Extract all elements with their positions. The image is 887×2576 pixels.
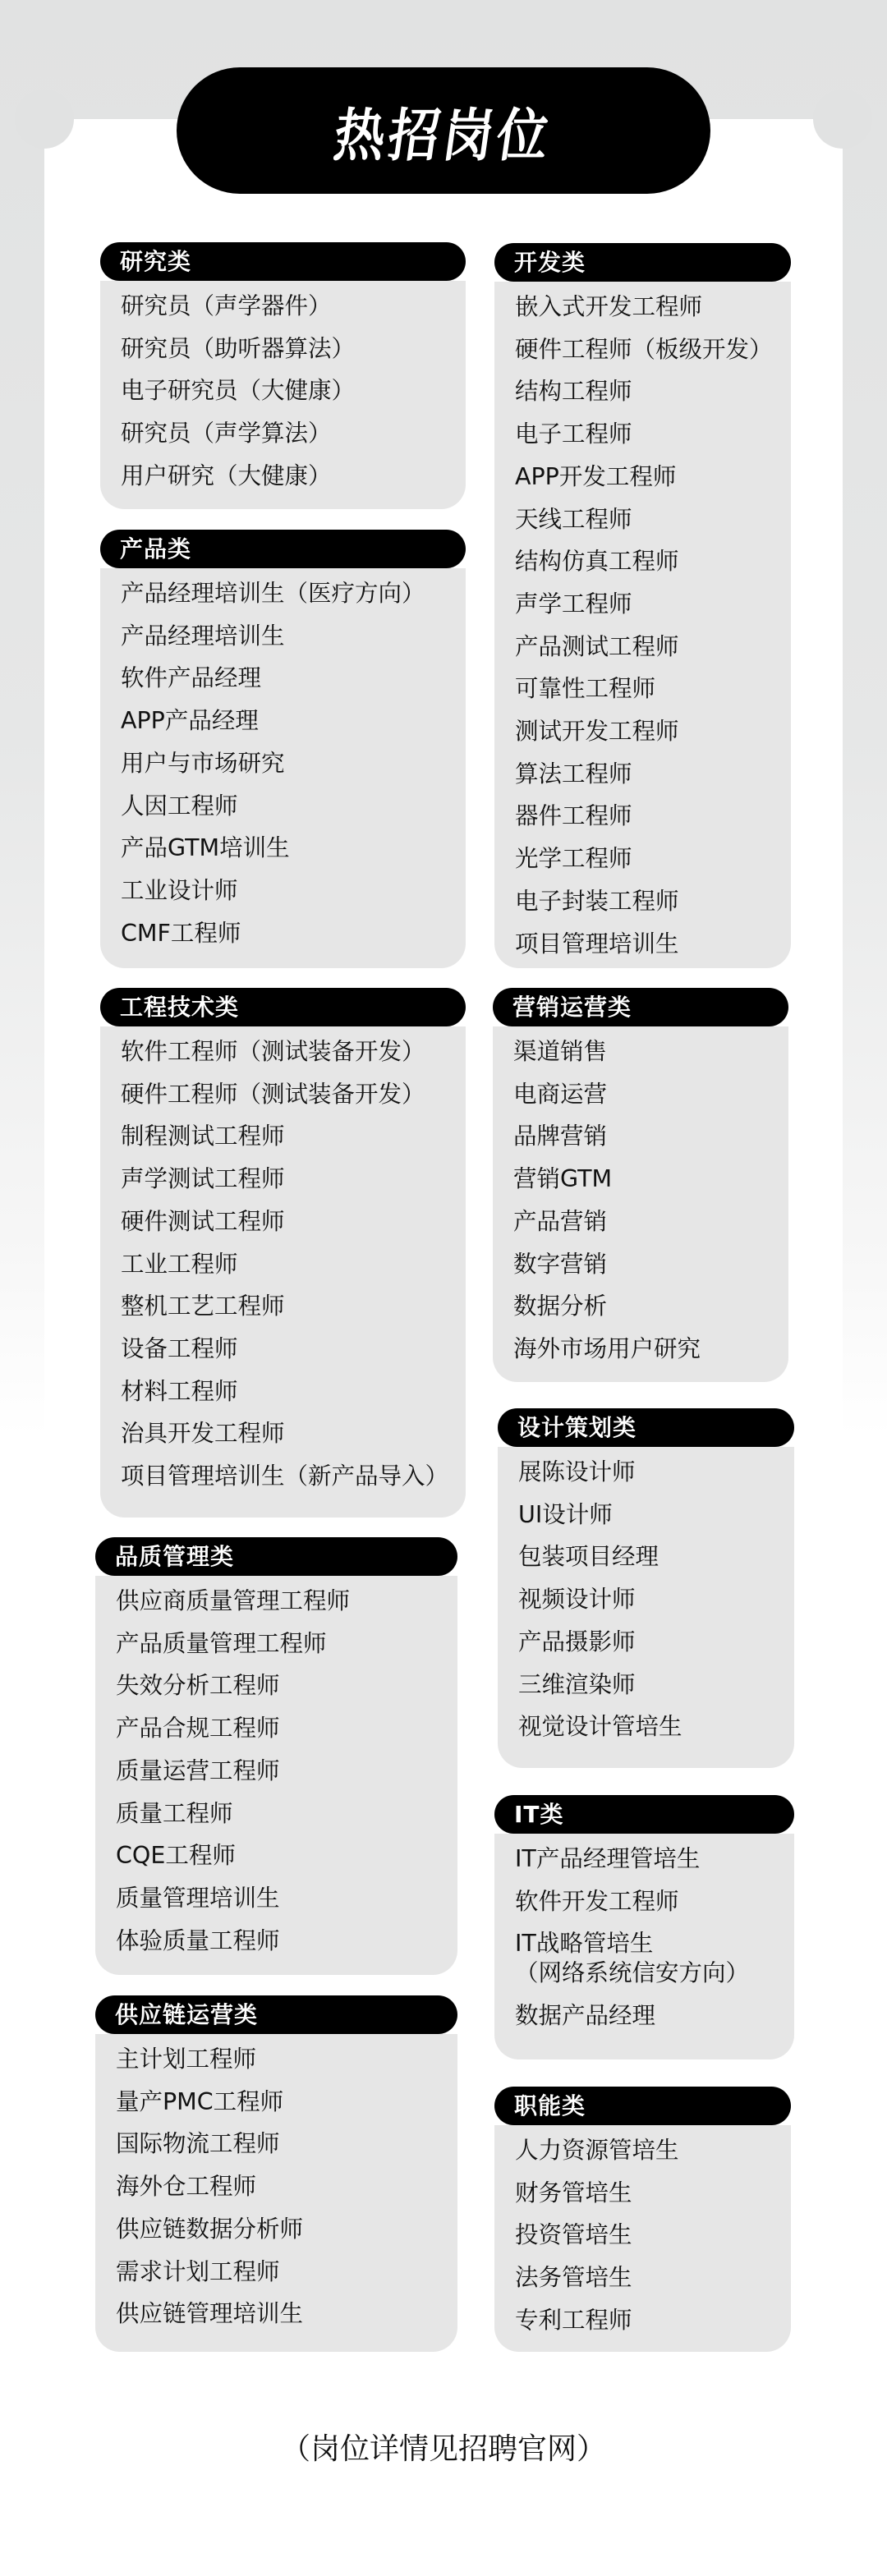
- job-item[interactable]: 研究员（声学算法）: [100, 412, 466, 455]
- job-item[interactable]: 软件产品经理: [100, 657, 466, 700]
- job-item[interactable]: 主计划工程师: [95, 2038, 457, 2081]
- job-item[interactable]: 需求计划工程师: [95, 2251, 457, 2294]
- job-item[interactable]: APP产品经理: [100, 700, 466, 742]
- job-item[interactable]: APP开发工程师: [494, 456, 791, 498]
- job-item[interactable]: 声学测试工程师: [100, 1158, 466, 1201]
- section-title: 职能类: [514, 2087, 586, 2125]
- job-item[interactable]: 供应链数据分析师: [95, 2208, 457, 2251]
- job-item[interactable]: 人力资源管培生: [494, 2129, 791, 2172]
- job-item[interactable]: 用户研究（大健康）: [100, 455, 466, 498]
- title-banner: 热招岗位: [177, 67, 710, 194]
- job-item[interactable]: 硬件工程师（板级开发）: [494, 328, 791, 371]
- section-header: 产品类: [100, 530, 466, 568]
- job-item[interactable]: IT产品经理管培生: [494, 1838, 794, 1880]
- job-item[interactable]: 财务管培生: [494, 2172, 791, 2215]
- job-item[interactable]: 营销GTM: [493, 1158, 788, 1201]
- job-item[interactable]: 产品测试工程师: [494, 626, 791, 668]
- job-list: 展陈设计师 UI设计师 包装项目经理 视频设计师 产品摄影师 三维渲染师 视觉设…: [498, 1447, 794, 1768]
- section-header: 设计策划类: [498, 1408, 794, 1447]
- job-item[interactable]: 整机工艺工程师: [100, 1285, 466, 1328]
- job-item[interactable]: 供应链管理培训生: [95, 2293, 457, 2335]
- job-item[interactable]: 失效分析工程师: [95, 1665, 457, 1707]
- job-item[interactable]: 天线工程师: [494, 498, 791, 541]
- job-item[interactable]: 海外市场用户研究: [493, 1328, 788, 1371]
- job-item[interactable]: 包装项目经理: [498, 1536, 794, 1578]
- job-list: 主计划工程师 量产PMC工程师 国际物流工程师 海外仓工程师 供应链数据分析师 …: [95, 2034, 457, 2352]
- job-item[interactable]: 软件开发工程师: [494, 1880, 794, 1923]
- job-item[interactable]: 视觉设计管培生: [498, 1706, 794, 1748]
- job-item[interactable]: CMF工程师: [100, 912, 466, 955]
- section-header: 供应链运营类: [95, 1995, 457, 2034]
- job-item[interactable]: 供应商质量管理工程师: [95, 1580, 457, 1623]
- job-item[interactable]: 国际物流工程师: [95, 2123, 457, 2165]
- section-title: 品质管理类: [115, 1537, 234, 1576]
- job-item[interactable]: 渠道销售: [493, 1031, 788, 1073]
- section-header: 工程技术类: [100, 988, 466, 1026]
- job-item[interactable]: 投资管培生: [494, 2214, 791, 2257]
- job-item[interactable]: 项目管理培训生（新产品导入）: [100, 1455, 466, 1498]
- job-item[interactable]: 制程测试工程师: [100, 1115, 466, 1158]
- job-item[interactable]: 嵌入式开发工程师: [494, 286, 791, 328]
- job-item[interactable]: 研究员（助听器算法）: [100, 328, 466, 370]
- job-item[interactable]: 产品营销: [493, 1201, 788, 1243]
- job-item[interactable]: 展陈设计师: [498, 1451, 794, 1494]
- job-item[interactable]: 体验质量工程师: [95, 1920, 457, 1963]
- section-title: 产品类: [120, 530, 191, 568]
- job-item[interactable]: 算法工程师: [494, 753, 791, 796]
- page-title: 热招岗位: [329, 90, 558, 172]
- job-list: 研究员（声学器件） 研究员（助听器算法） 电子研究员（大健康） 研究员（声学算法…: [100, 281, 466, 509]
- job-item[interactable]: 软件工程师（测试装备开发）: [100, 1031, 466, 1073]
- section-title: 营销运营类: [512, 988, 632, 1026]
- job-item[interactable]: 结构仿真工程师: [494, 540, 791, 583]
- job-item[interactable]: 人因工程师: [100, 785, 466, 828]
- job-list: 渠道销售 电商运营 品牌营销 营销GTM 产品营销 数字营销 数据分析 海外市场…: [493, 1026, 788, 1382]
- job-item[interactable]: 光学工程师: [494, 838, 791, 880]
- section-header: IT类: [494, 1795, 794, 1834]
- section-header: 品质管理类: [95, 1537, 457, 1576]
- section-header: 开发类: [494, 243, 791, 282]
- job-item[interactable]: 产品合规工程师: [95, 1707, 457, 1750]
- job-item[interactable]: 法务管培生: [494, 2257, 791, 2299]
- job-item[interactable]: 质量工程师: [95, 1793, 457, 1835]
- job-list: 软件工程师（测试装备开发） 硬件工程师（测试装备开发） 制程测试工程师 声学测试…: [100, 1026, 466, 1518]
- job-item[interactable]: 视频设计师: [498, 1578, 794, 1621]
- job-item[interactable]: 治具开发工程师: [100, 1412, 466, 1455]
- job-item[interactable]: 量产PMC工程师: [95, 2081, 457, 2124]
- job-item[interactable]: 产品质量管理工程师: [95, 1623, 457, 1665]
- job-item[interactable]: 研究员（声学器件）: [100, 285, 466, 328]
- job-item[interactable]: 用户与市场研究: [100, 742, 466, 785]
- job-item[interactable]: 质量管理培训生: [95, 1877, 457, 1920]
- job-list: IT产品经理管培生 软件开发工程师 IT战略管培生 （网络系统信安方向） 数据产…: [494, 1834, 794, 2059]
- job-item[interactable]: 品牌营销: [493, 1115, 788, 1158]
- section-title: 供应链运营类: [115, 1995, 258, 2034]
- job-item[interactable]: 电子研究员（大健康）: [100, 370, 466, 412]
- job-item[interactable]: 结构工程师: [494, 370, 791, 413]
- sheet-notch-left: [15, 90, 74, 149]
- job-item[interactable]: 数据分析: [493, 1285, 788, 1328]
- job-list: 嵌入式开发工程师 硬件工程师（板级开发） 结构工程师 电子工程师 APP开发工程…: [494, 282, 791, 968]
- job-item[interactable]: 专利工程师: [494, 2299, 791, 2342]
- job-list: 供应商质量管理工程师 产品质量管理工程师 失效分析工程师 产品合规工程师 质量运…: [95, 1576, 457, 1975]
- job-item[interactable]: 工业设计师: [100, 870, 466, 912]
- job-item[interactable]: 器件工程师: [494, 795, 791, 838]
- section-header: 职能类: [494, 2087, 791, 2125]
- job-item[interactable]: 三维渲染师: [498, 1664, 794, 1706]
- section-title: 设计策划类: [517, 1408, 637, 1447]
- job-item[interactable]: 测试开发工程师: [494, 710, 791, 753]
- job-list: 人力资源管培生 财务管培生 投资管培生 法务管培生 专利工程师: [494, 2125, 791, 2352]
- job-item[interactable]: 项目管理培训生: [494, 923, 791, 966]
- job-item[interactable]: 电商运营: [493, 1073, 788, 1116]
- job-item[interactable]: 声学工程师: [494, 583, 791, 626]
- section-title: IT类: [514, 1795, 564, 1834]
- footer-note: （岗位详情见招聘官网）: [0, 2427, 887, 2473]
- section-title: 研究类: [120, 242, 191, 281]
- job-item[interactable]: 电子工程师: [494, 413, 791, 456]
- job-list: 产品经理培训生（医疗方向） 产品经理培训生 软件产品经理 APP产品经理 用户与…: [100, 568, 466, 968]
- job-item[interactable]: 海外仓工程师: [95, 2165, 457, 2208]
- section-title: 开发类: [514, 243, 586, 282]
- job-item[interactable]: 质量运营工程师: [95, 1750, 457, 1793]
- job-item[interactable]: 硬件测试工程师: [100, 1201, 466, 1243]
- job-item[interactable]: CQE工程师: [95, 1834, 457, 1877]
- job-item[interactable]: 设备工程师: [100, 1328, 466, 1371]
- job-item[interactable]: UI设计师: [498, 1494, 794, 1536]
- job-item[interactable]: 可靠性工程师: [494, 668, 791, 710]
- job-item[interactable]: 产品摄影师: [498, 1621, 794, 1664]
- job-item[interactable]: 工业工程师: [100, 1243, 466, 1286]
- job-item[interactable]: 产品经理培训生（医疗方向）: [100, 572, 466, 615]
- job-item[interactable]: 数字营销: [493, 1243, 788, 1286]
- section-header: 营销运营类: [493, 988, 788, 1026]
- job-item[interactable]: IT战略管培生 （网络系统信安方向）: [494, 1922, 794, 1995]
- section-title: 工程技术类: [120, 988, 239, 1026]
- job-item[interactable]: 产品经理培训生: [100, 615, 466, 658]
- job-item[interactable]: 材料工程师: [100, 1371, 466, 1413]
- section-header: 研究类: [100, 242, 466, 281]
- job-item[interactable]: 硬件工程师（测试装备开发）: [100, 1073, 466, 1116]
- sheet-notch-right: [813, 90, 872, 149]
- job-item[interactable]: 产品GTM培训生: [100, 827, 466, 870]
- job-item[interactable]: 电子封装工程师: [494, 880, 791, 923]
- job-item[interactable]: 数据产品经理: [494, 1995, 794, 2037]
